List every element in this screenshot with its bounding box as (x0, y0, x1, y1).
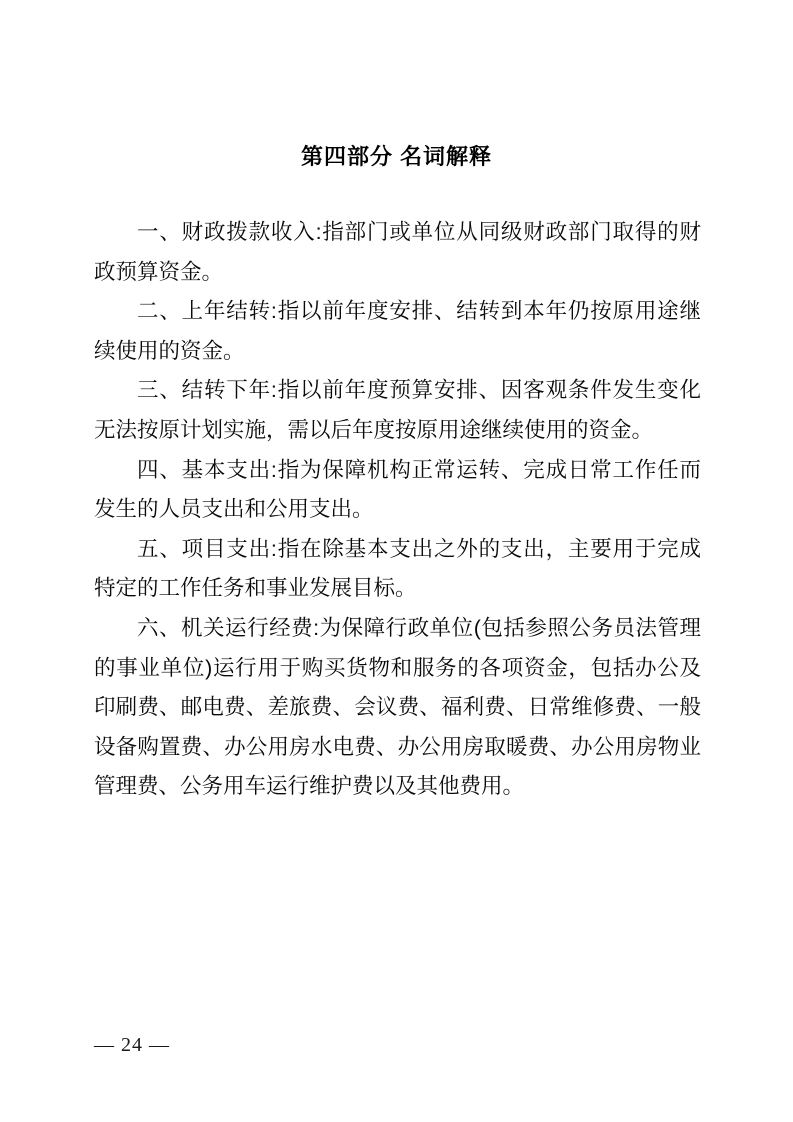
document-page: 第四部分 名词解释 一、财政拨款收入:指部门或单位从同级财政部门取得的财政预算资… (0, 0, 793, 1122)
definition-paragraph-jiguan-yunxing-jingfei: 六、机关运行经费:为保障行政单位(包括参照公务员法管理的事业单位)运行用于购买货… (94, 609, 701, 807)
document-body: 一、财政拨款收入:指部门或单位从同级财政部门取得的财政预算资金。 二、上年结转:… (94, 213, 701, 807)
definition-paragraph-jiezhuan-xianian: 三、结转下年:指以前年度预算安排、因客观条件发生变化无法按原计划实施，需以后年度… (94, 371, 701, 450)
definition-paragraph-jiben-zhichu: 四、基本支出:指为保障机构正常运转、完成日常工作任而发生的人员支出和公用支出。 (94, 451, 701, 530)
page-number: — 24 — (94, 1031, 170, 1059)
definition-paragraph-xiangmu-zhichu: 五、项目支出:指在除基本支出之外的支出，主要用于完成特定的工作任务和事业发展目标… (94, 530, 701, 609)
definition-paragraph-caizheng-bokuan-shouru: 一、财政拨款收入:指部门或单位从同级财政部门取得的财政预算资金。 (94, 213, 701, 292)
definition-paragraph-shangnian-jiezhuan: 二、上年结转:指以前年度安排、结转到本年仍按原用途继续使用的资金。 (94, 292, 701, 371)
page-title: 第四部分 名词解释 (0, 141, 793, 173)
